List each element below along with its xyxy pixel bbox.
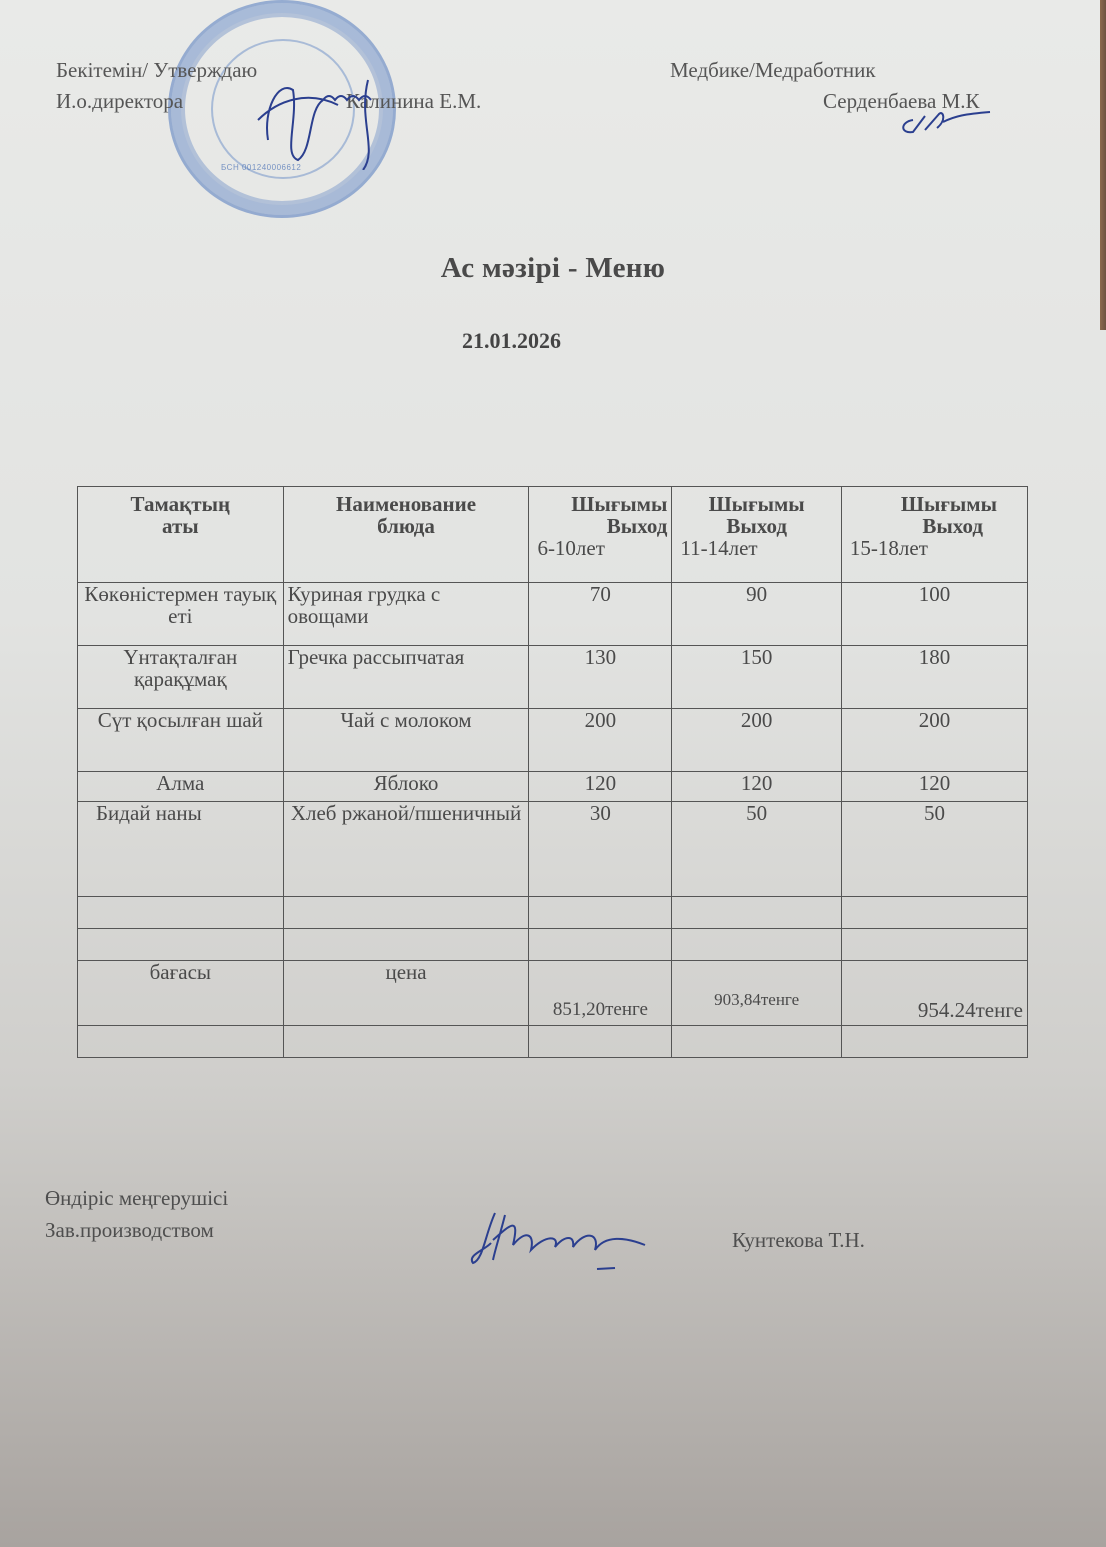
yield-15-18: 200: [841, 709, 1027, 772]
dish-ru: Куриная грудка с овощами: [283, 583, 529, 646]
dish-ru: Чай с молоком: [283, 709, 529, 772]
table-header-row: Тамақтыңаты Наименованиеблюда ШығымыВыхо…: [78, 487, 1028, 583]
dish-kz: Үнтақталған қарақұмақ: [78, 646, 284, 709]
price-15-18: 954.24тенге: [841, 961, 1027, 1026]
dish-kz: Көкөністермен тауық еті: [78, 583, 284, 646]
empty-row: [78, 897, 1028, 929]
dish-ru: Яблоко: [283, 772, 529, 802]
medic-signature-icon: [895, 108, 995, 140]
price-6-10: 851,20тенге: [529, 961, 672, 1026]
menu-table: Тамақтыңаты Наименованиеблюда ШығымыВыхо…: [77, 486, 1028, 1058]
approval-label: Бекітемін/ Утверждаю: [56, 58, 257, 83]
table-row: Көкөністермен тауық еті Куриная грудка с…: [78, 583, 1028, 646]
yield-11-14: 50: [672, 802, 842, 897]
dish-kz: Сүт қосылған шай: [78, 709, 284, 772]
yield-6-10: 130: [529, 646, 672, 709]
menu-date: 21.01.2026: [462, 328, 561, 354]
yield-6-10: 200: [529, 709, 672, 772]
table-row: Алма Яблоко 120 120 120: [78, 772, 1028, 802]
dish-kz: Алма: [78, 772, 284, 802]
director-signature-icon: [238, 60, 388, 170]
yield-11-14: 150: [672, 646, 842, 709]
table-row: Үнтақталған қарақұмақ Гречка рассыпчатая…: [78, 646, 1028, 709]
acting-director-label: И.о.директора: [56, 89, 183, 114]
table-row: Бидай наны Хлеб ржаной/пшеничный 30 50 5…: [78, 802, 1028, 897]
yield-15-18: 50: [841, 802, 1027, 897]
empty-row: [78, 929, 1028, 961]
dish-ru: Гречка рассыпчатая: [283, 646, 529, 709]
yield-15-18: 120: [841, 772, 1027, 802]
table-row: Сүт қосылған шай Чай с молоком 200 200 2…: [78, 709, 1028, 772]
header-yield-6-10: ШығымыВыход6-10лет: [529, 487, 672, 583]
yield-15-18: 180: [841, 646, 1027, 709]
price-label-kz: бағасы: [78, 961, 284, 1026]
dish-ru: Хлеб ржаной/пшеничный: [283, 802, 529, 897]
header-dish-ru: Наименованиеблюда: [283, 487, 529, 583]
yield-15-18: 100: [841, 583, 1027, 646]
price-label-ru: цена: [283, 961, 529, 1026]
header-yield-15-18: ШығымыВыход15-18лет: [841, 487, 1027, 583]
price-11-14: 903,84тенге: [672, 961, 842, 1026]
yield-6-10: 30: [529, 802, 672, 897]
production-manager-label-kz: Өндіріс меңгерушісі: [45, 1186, 228, 1211]
production-manager-name: Кунтекова Т.Н.: [732, 1228, 865, 1253]
medic-label: Медбике/Медработник: [670, 58, 876, 83]
empty-row: [78, 1026, 1028, 1058]
header-dish-kz: Тамақтыңаты: [78, 487, 284, 583]
header-yield-11-14: ШығымыВыход11-14лет: [672, 487, 842, 583]
production-manager-signature-icon: [465, 1205, 665, 1275]
yield-11-14: 120: [672, 772, 842, 802]
yield-6-10: 70: [529, 583, 672, 646]
page-title: Ас мәзірі - Меню: [0, 252, 1106, 285]
price-row: бағасы цена 851,20тенге 903,84тенге 954.…: [78, 961, 1028, 1026]
production-manager-label-ru: Зав.производством: [45, 1218, 214, 1243]
yield-6-10: 120: [529, 772, 672, 802]
yield-11-14: 90: [672, 583, 842, 646]
dish-kz: Бидай наны: [78, 802, 284, 897]
yield-11-14: 200: [672, 709, 842, 772]
